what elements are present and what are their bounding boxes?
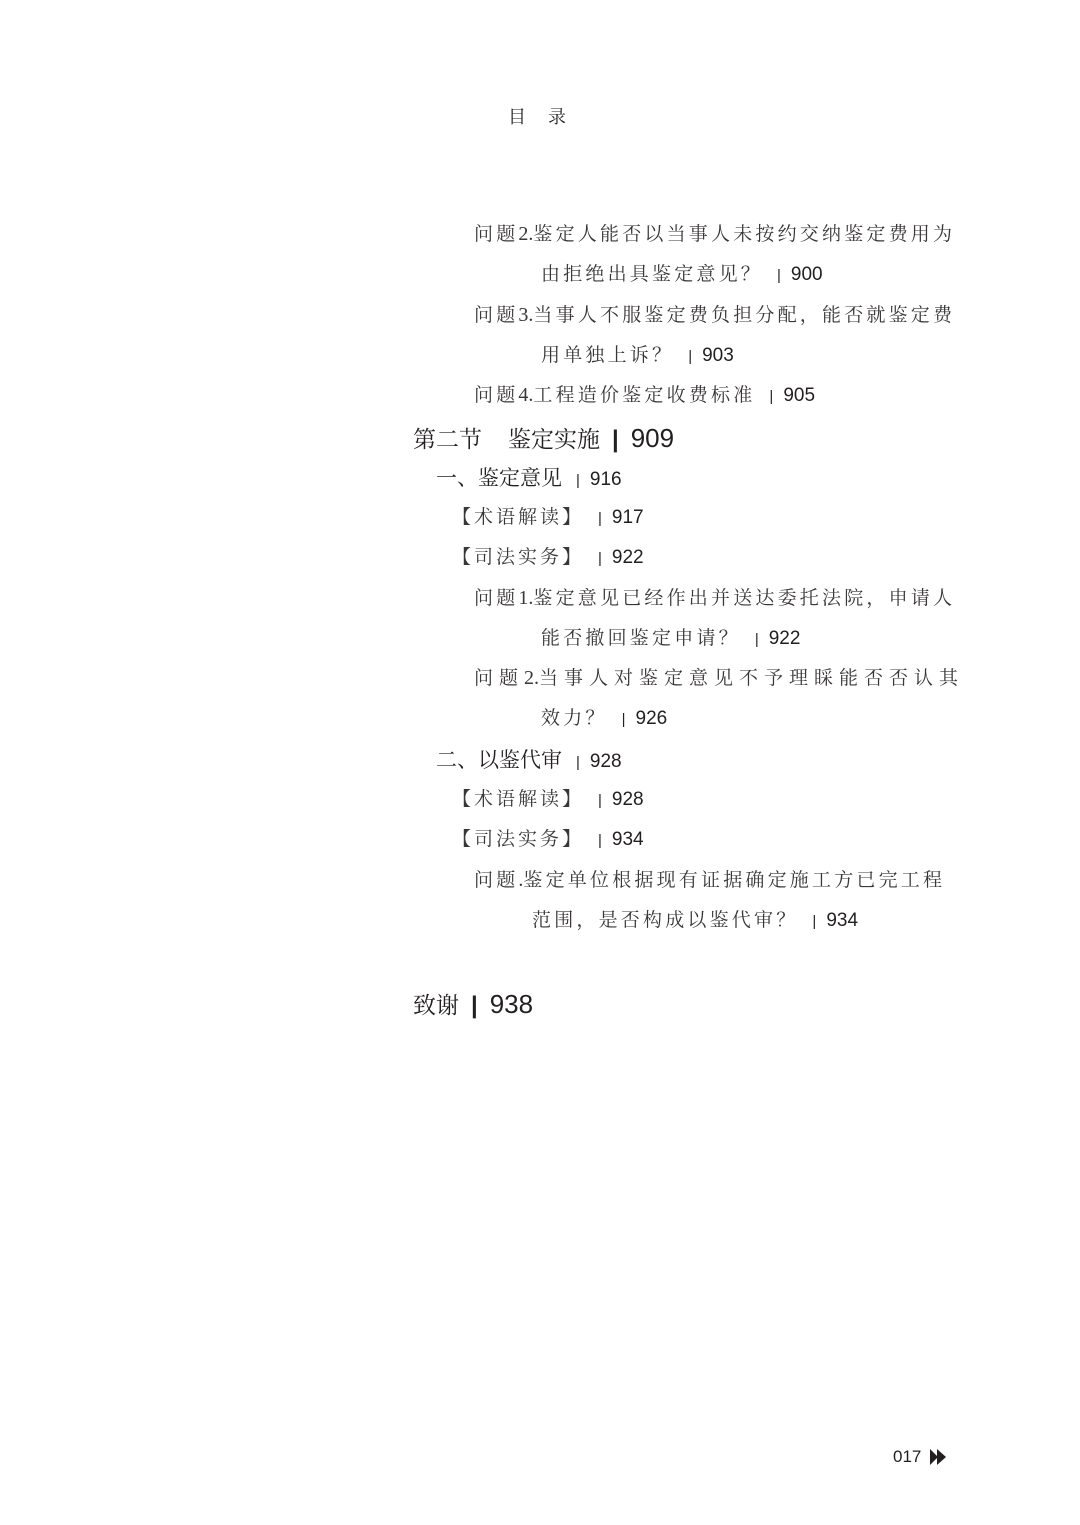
page-number: 928 (590, 751, 622, 772)
toc-part-1-practice[interactable]: 【司法实务】|922 (452, 542, 644, 569)
page-number: 926 (636, 708, 668, 729)
page-number: 938 (490, 989, 533, 1019)
page-number: 903 (702, 345, 734, 366)
toc-part-1[interactable]: 一、鉴定意见|916 (436, 462, 622, 492)
toc-section-2[interactable]: 第二节鉴定实施|909 (413, 421, 674, 454)
toc-part-1-question-2-cont[interactable]: 效力？|926 (541, 703, 667, 730)
fast-forward-icon (929, 1448, 947, 1466)
toc-part-1-question-2[interactable]: 问题2.当事人对鉴定意见不予理睬能否否认其 (474, 663, 964, 690)
page-number: 905 (783, 385, 815, 406)
toc-acknowledgement[interactable]: 致谢|938 (413, 987, 533, 1020)
page-number: 922 (769, 628, 801, 649)
toc-part-2-terms[interactable]: 【术语解读】|928 (452, 784, 644, 811)
toc-part-1-question-1[interactable]: 问题1.鉴定意见已经作出并送达委托法院，申请人 (474, 583, 955, 610)
toc-part-2-question-cont[interactable]: 范围，是否构成以鉴代审？|934 (532, 905, 858, 932)
page-number: 916 (590, 469, 622, 490)
page-number: 934 (612, 829, 644, 850)
toc-question-3[interactable]: 问题3.当事人不服鉴定费负担分配，能否就鉴定费 (474, 300, 955, 327)
toc-question-4[interactable]: 问题4.工程造价鉴定收费标准|905 (474, 380, 815, 407)
toc-question-3-cont[interactable]: 用单独上诉？|903 (541, 340, 734, 367)
toc-question-2[interactable]: 问题2.鉴定人能否以当事人未按约交纳鉴定费用为 (474, 219, 955, 246)
page-number: 934 (826, 910, 858, 931)
page-header-title: 目录 (508, 103, 588, 129)
toc-part-1-terms[interactable]: 【术语解读】|917 (452, 502, 644, 529)
toc-part-1-question-1-cont[interactable]: 能否撤回鉴定申请？|922 (541, 623, 800, 650)
page-number: 917 (612, 507, 644, 528)
page-number: 909 (631, 423, 674, 453)
page-number: 928 (612, 789, 644, 810)
page-number: 900 (791, 264, 823, 285)
page-footer: 017 (893, 1447, 947, 1467)
toc-question-2-cont[interactable]: 由拒绝出具鉴定意见？|900 (541, 259, 823, 286)
toc-part-2-practice[interactable]: 【司法实务】|934 (452, 824, 644, 851)
toc-part-2-question[interactable]: 问题.鉴定单位根据现有证据确定施工方已完工程 (474, 865, 945, 892)
toc-part-2[interactable]: 二、以鉴代审|928 (436, 744, 622, 774)
footer-page-number: 017 (893, 1447, 921, 1467)
page-number: 922 (612, 547, 644, 568)
